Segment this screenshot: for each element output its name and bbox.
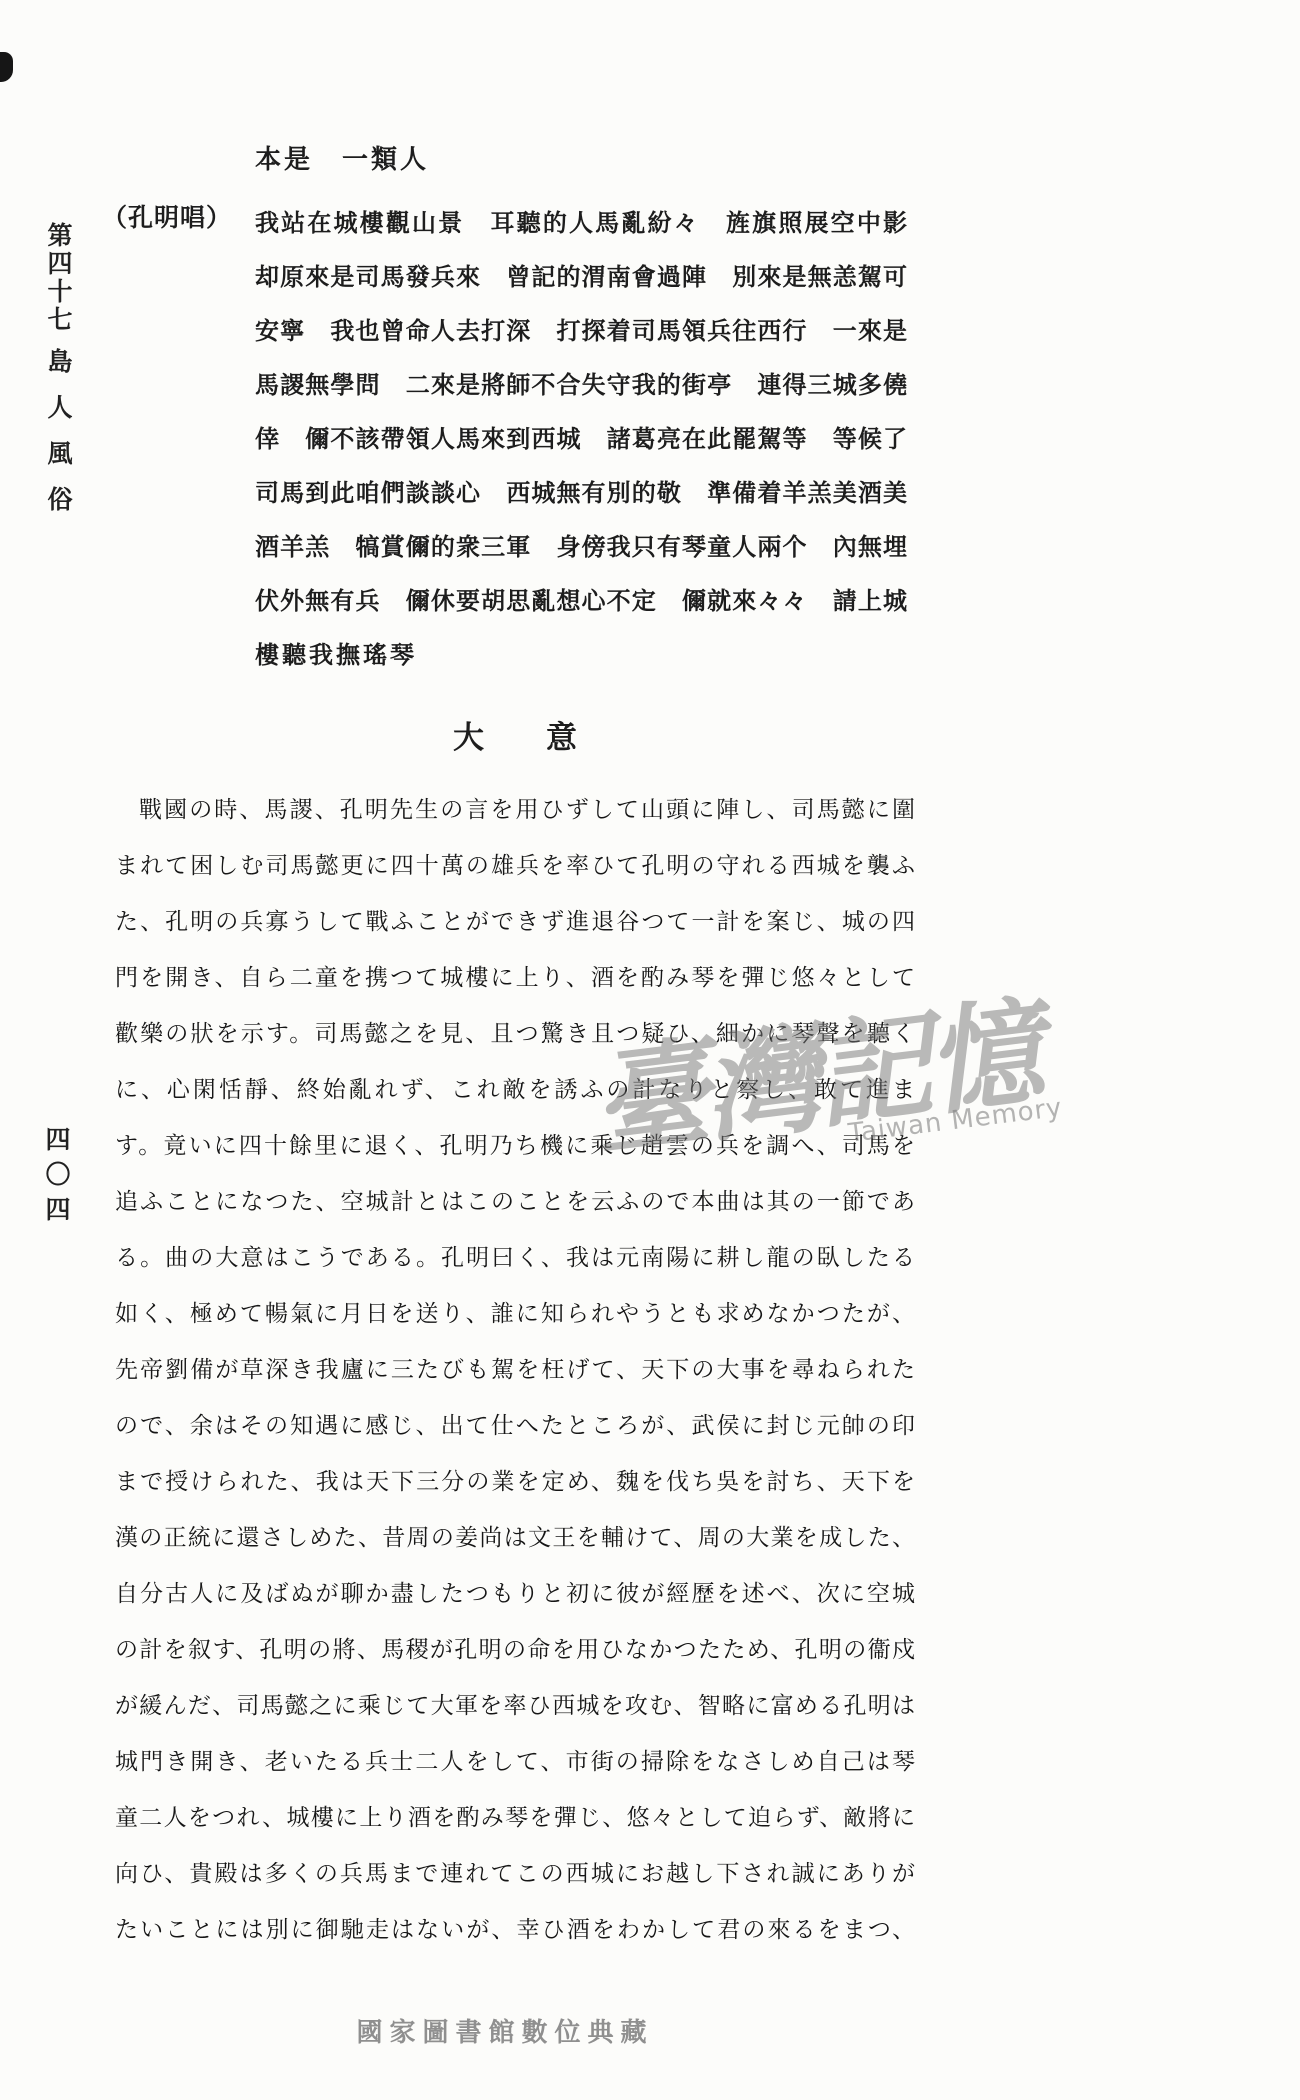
summary-line: た、孔明の兵寡うして戰ふことができず進退谷つて一計を案じ、城の四 [115,894,915,950]
chapter-label: 第四十七 [40,222,76,334]
scan-artifact [0,52,13,82]
summary-line: 城門き開き、老いたる兵士二人をして、市街の掃除をなさしめ自己は琴 [115,1734,915,1790]
summary-line: 歡樂の狀を示す。司馬懿之を見、且つ驚き且つ疑ひ、細かに琴聲を聽く [115,1006,915,1062]
summary-line: 如く、極めて暢氣に月日を送り、誰に知られやうとも求めなかつたが、 [115,1286,915,1342]
summary-line: に、心閑恬靜、終始亂れず、これ敵を誘ふの計なりと察し、敢て進ま [115,1062,915,1118]
summary-line: まれて困しむ司馬懿更に四十萬の雄兵を率ひて孔明の守れる西城を襲ふ [115,838,915,894]
lyrics-section: 本是 一類人 我站在城樓觀山景 耳聽的人馬亂紛々 旌旗照展空中影 却原來是司馬發… [255,140,907,682]
summary-line: す。竟いに四十餘里に退く、孔明乃ち機に乘じ趙雲の兵を調へ、司馬を [115,1118,915,1174]
lyric-line: 却原來是司馬發兵來 曾記的渭南會過陣 別來是無恙駕可 [255,250,907,304]
scanned-book-page: 第四十七 島人風俗 四〇四 （孔明唱） 本是 一類人 我站在城樓觀山景 耳聽的人… [0,0,1300,2100]
summary-line: たいことには別に御馳走はないが、幸ひ酒をわかして君の來るをまつ、 [115,1902,915,1958]
summary-line: が緩んだ、司馬懿之に乘じて大軍を率ひ西城を攻む、智略に富める孔明は [115,1678,915,1734]
archive-caption: 國家圖書館數位典藏 [0,2012,1010,2049]
summary-line: 自分古人に及ばぬが聊か盡したつもりと初に彼が經歷を述べ、次に空城 [115,1566,915,1622]
lyric-line: 酒羊羔 犒賞儞的衆三軍 身傍我只有琴童人兩个 內無埋 [255,520,907,574]
page-number: 四〇四 [38,1126,74,1231]
lyric-line: 樓聽我撫瑤琴 [255,628,907,682]
summary-line: 童二人をつれ、城樓に上り酒を酌み琴を彈じ、悠々として迫らず、敵將に [115,1790,915,1846]
summary-line: 追ふことになつた、空城計とはこのことを云ふので本曲は其の一節であ [115,1174,915,1230]
summary-line: の計を叙す、孔明の將、馬稷が孔明の命を用ひなかつたため、孔明の衞戍 [115,1622,915,1678]
summary-line: 向ひ、貴殿は多くの兵馬まで連れてこの西城にお越し下され誠にありが [115,1846,915,1902]
lyric-line: 我站在城樓觀山景 耳聽的人馬亂紛々 旌旗照展空中影 [255,196,907,250]
summary-line: 門を開き、自ら二童を携つて城樓に上り、酒を酌み琴を彈じ悠々として [115,950,915,1006]
lyric-line: 安寧 我也曾命人去打深 打探着司馬領兵往西行 一來是 [255,304,907,358]
lyric-line: 倖 儞不該帶領人馬來到西城 諸葛亮在此罷駕等 等候了 [255,412,907,466]
singer-label: （孔明唱） [102,198,232,234]
summary-heading: 大 意 [115,712,915,757]
summary-line: 漢の正統に還さしめた、昔周の姜尚は文王を輔けて、周の大業を成した、 [115,1510,915,1566]
summary-line: まで授けられた、我は天下三分の業を定め、魏を伐ち吳を討ち、天下を [115,1454,915,1510]
summary-line: る。曲の大意はこうである。孔明曰く、我は元南陽に耕し龍の臥したる [115,1230,915,1286]
summary-line: ので、余はその知遇に感じ、出て仕へたところが、武侯に封じ元帥の印 [115,1398,915,1454]
lyric-line: 司馬到此咱們談談心 西城無有別的敬 準備着羊羔美酒美 [255,466,907,520]
summary-section: 戰國の時、馬謖、孔明先生の言を用ひずして山頭に陣し、司馬懿に圍 まれて困しむ司馬… [115,782,915,1958]
summary-line: 戰國の時、馬謖、孔明先生の言を用ひずして山頭に陣し、司馬懿に圍 [115,782,915,838]
category-label: 島人風俗 [40,348,76,532]
lyric-line: 伏外無有兵 儞休要胡思亂想心不定 儞就來々々 請上城 [255,574,907,628]
song-title: 本是 一類人 [255,140,907,196]
summary-line: 先帝劉備が草深き我廬に三たびも駕を枉げて、天下の大事を尋ねられた [115,1342,915,1398]
lyric-line: 馬謖無學問 二來是將師不合失守我的街亭 連得三城多僥 [255,358,907,412]
